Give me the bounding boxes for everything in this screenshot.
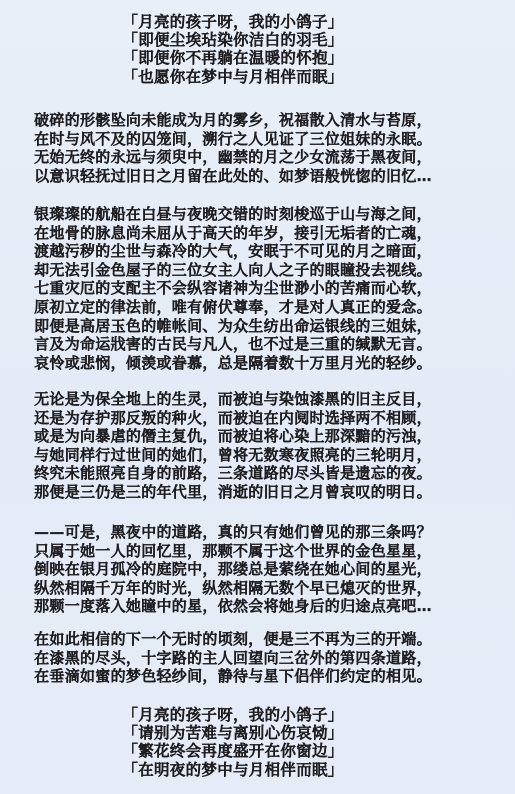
paragraph-line: 只属于她一人的回忆里，那颗不属于这个世界的金色星星， [0,542,466,561]
paragraph-line: 与她同样行过世间的她们，曾将无数寒夜照亮的三轮明月， [0,446,466,465]
paragraph-line: 即便是高居玉色的帷帐间、为众生纺出命运银线的三姐妹， [0,317,466,336]
poem-page: 「月亮的孩子呀，我的小鸽子」 「即便尘埃玷染你洁白的羽毛」 「即便你不再躺在温暖… [0,0,515,794]
paragraph-line: 在漆黑的尽头，十字路的主人回望向三岔外的第四条道路， [0,649,466,668]
paragraph-line: 还是为存护那反叛的种火，而被迫在内阋时选择两不相顾， [0,409,466,428]
paragraph-3: 无论是为保全地上的生灵，而被迫与染蚀漆黑的旧主反目， 还是为存护那反叛的种火，而… [0,390,466,502]
paragraph-line: 渡越污秽的尘世与森冷的大气，安眠于不可见的月之暗面， [0,242,466,261]
paragraph-line: 终究未能照亮自身的前路，三条道路的尽头皆是遗忘的夜。 [0,464,466,483]
verse-line: 「繁花终会再度盛开在你窗边」 [0,742,466,760]
paragraph-line: 在如此相信的下一个无时的顷刻，便是三不再为三的开端。 [0,630,466,649]
paragraph-line: 无论是为保全地上的生灵，而被迫与染蚀漆黑的旧主反目， [0,390,466,409]
verse-line: 「月亮的孩子呀，我的小鸽子」 [0,13,466,31]
paragraph-line: 以意识轻抚过旧日之月留在此处的、如梦语般恍惚的旧忆… [0,167,466,186]
verse-line: 「即便你不再躺在温暖的怀抱」 [0,49,466,67]
paragraph-4: ——可是，黑夜中的道路，真的只有她们曾见的那三条吗？ 只属于她一人的回忆里，那颗… [0,523,466,616]
verse-line: 「即便尘埃玷染你洁白的羽毛」 [0,31,466,49]
paragraph-line: 在地骨的脉息尚未屈从于高天的年岁，接引无垢者的亡魂， [0,224,466,243]
paragraph-line: 无始无终的永远与须臾中，幽禁的月之少女流荡于黑夜间， [0,148,466,167]
paragraph-line: 那颗一度落入她瞳中的星，依然会将她身后的归途点亮吧… [0,597,466,616]
paragraph-line: 那便是三仍是三的年代里，消逝的旧日之月曾哀叹的明日。 [0,483,466,502]
paragraph-line: 哀怜或悲悯，倾羡或眷慕，总是隔着数十万里月光的轻纱。 [0,354,466,373]
paragraph-line: 倒映在银月孤冷的庭院中，那缕总是萦绕在她心间的星光， [0,560,466,579]
paragraph-line: ——可是，黑夜中的道路，真的只有她们曾见的那三条吗？ [0,523,466,542]
opening-verse: 「月亮的孩子呀，我的小鸽子」 「即便尘埃玷染你洁白的羽毛」 「即便你不再躺在温暖… [0,13,466,86]
paragraph-1: 破碎的形骸坠向未能成为月的雾乡，祝福散入清水与苔原， 在时与风不及的囚笼间，溯行… [0,111,466,185]
paragraph-5: 在如此相信的下一个无时的顷刻，便是三不再为三的开端。 在漆黑的尽头，十字路的主人… [0,630,466,686]
verse-line: 「在明夜的梦中与月相伴而眠」 [0,761,466,779]
paragraph-line: 言及为命运戕害的古民与凡人，也不过是三重的缄默无言。 [0,335,466,354]
verse-line: 「月亮的孩子呀，我的小鸽子」 [0,706,466,724]
paragraph-2: 银璨璨的航船在白昼与夜晚交错的时刻梭巡于山与海之间， 在地骨的脉息尚未屈从于高天… [0,205,466,372]
paragraph-line: 破碎的形骸坠向未能成为月的雾乡，祝福散入清水与苔原， [0,111,466,130]
paragraph-line: 七重灾厄的支配主不会纵容诸神为尘世渺小的苦痛而心软， [0,279,466,298]
paragraph-line: 或是为向暴虐的僭主复仇，而被迫将心染上那深黯的污浊， [0,427,466,446]
verse-line: 「也愿你在梦中与月相伴而眠」 [0,68,466,86]
paragraph-line: 却无法引金色屋子的三位女主人向人之子的眼瞳投去视线。 [0,261,466,280]
verse-line: 「请别为苦难与离别心伤哀恸」 [0,724,466,742]
paragraph-line: 银璨璨的航船在白昼与夜晚交错的时刻梭巡于山与海之间， [0,205,466,224]
closing-verse: 「月亮的孩子呀，我的小鸽子」 「请别为苦难与离别心伤哀恸」 「繁花终会再度盛开在… [0,706,466,779]
paragraph-line: 纵然相隔千万年的时光，纵然相隔无数个早已熄灭的世界， [0,579,466,598]
paragraph-line: 原初立定的律法前，唯有俯伏尊奉，才是对人真正的爱念。 [0,298,466,317]
paragraph-line: 在垂滴如蜜的梦色轻纱间，静待与星下侣伴们约定的相见。 [0,667,466,686]
paragraph-line: 在时与风不及的囚笼间，溯行之人见证了三位姐妹的永眠。 [0,130,466,149]
